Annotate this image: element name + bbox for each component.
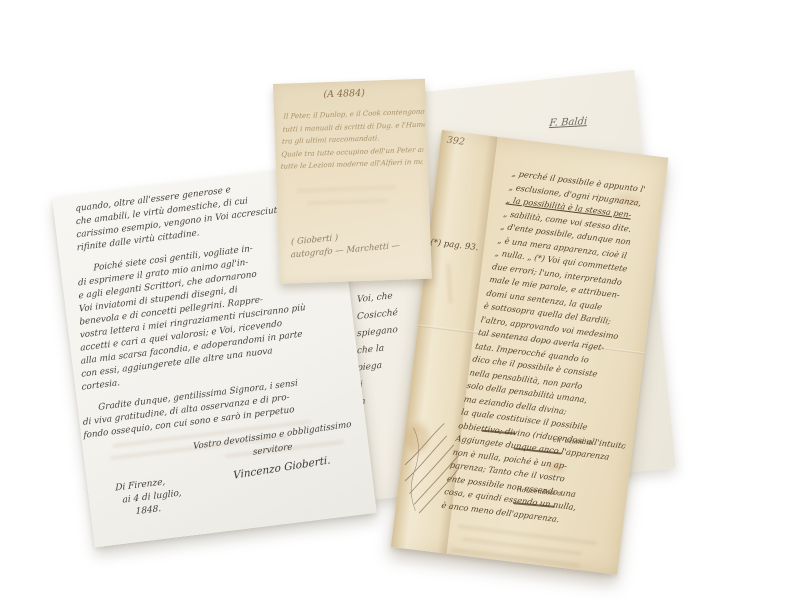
show-through-line <box>297 186 397 192</box>
note-attribution: ( Gioberti )autografo — Marchetti — <box>291 227 401 263</box>
page-number: 392 <box>446 135 465 148</box>
letter-dateline: Di Firenze,ai 4 di luglio,1848. <box>115 474 182 521</box>
background-sheet-heading: F. Baldi <box>549 116 588 129</box>
note-body-text: Il Peter, il Dunlop, e il Cook contengon… <box>280 106 425 174</box>
photo-stage: F. Baldi Voi, cheCosicchéspieganoche lap… <box>0 0 800 600</box>
show-through-line <box>307 199 387 205</box>
catalog-note-sheet: (A 4884) Il Peter, il Dunlop, e il Cook … <box>273 79 432 284</box>
catalog-number: (A 4884) <box>323 88 365 100</box>
